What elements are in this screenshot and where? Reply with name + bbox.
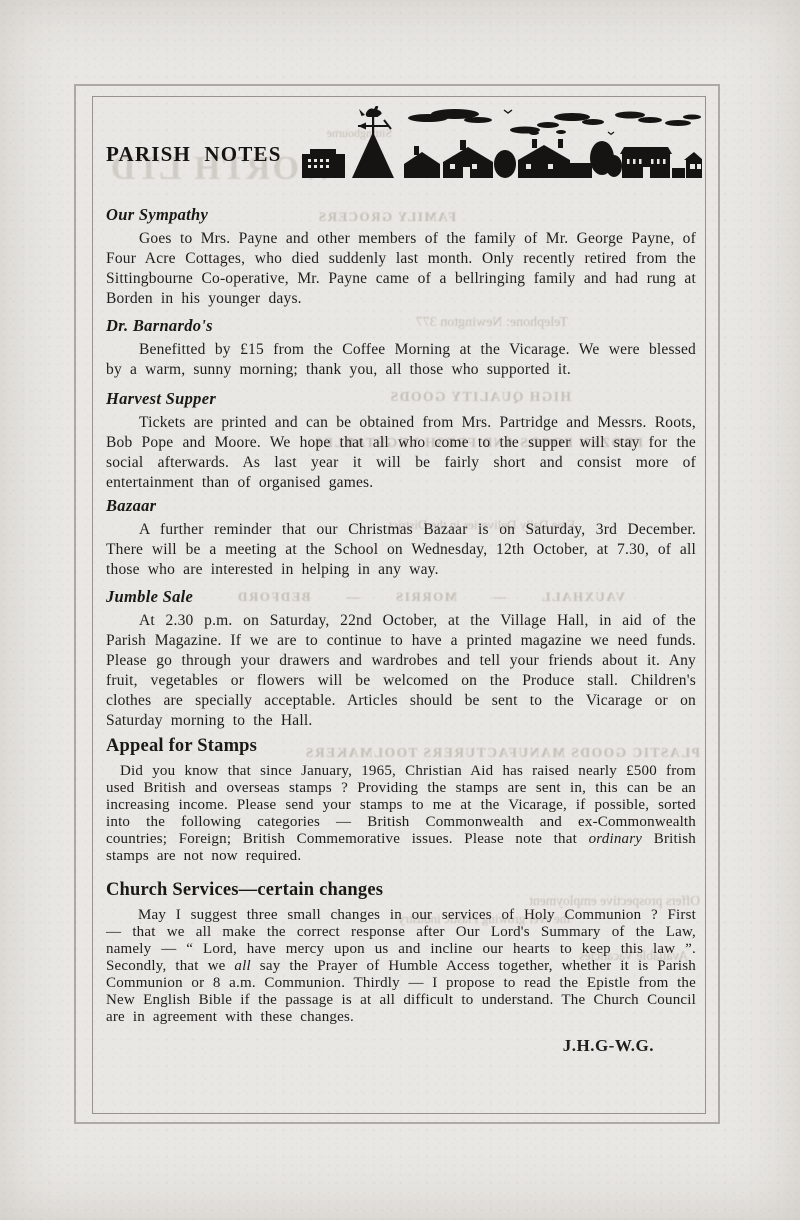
section-body: A further reminder that our Christmas Ba…	[106, 520, 696, 580]
section-heading: Jumble Sale	[106, 588, 696, 606]
section-jumble-sale: Jumble Sale At 2.30 p.m. on Saturday, 22…	[106, 588, 696, 731]
section-body: May I suggest three small changes in our…	[106, 907, 696, 1026]
section-body: Benefitted by £15 from the Coffee Mornin…	[106, 340, 696, 380]
body-text-italic: all	[234, 958, 250, 974]
village-skyline-illustration	[300, 106, 702, 190]
section-church-services: Church Services—certain changes May I su…	[106, 879, 696, 1026]
body-text-italic: ordinary	[589, 831, 643, 847]
section-body: Tickets are printed and can be obtained …	[106, 413, 696, 493]
section-body: Goes to Mrs. Payne and other members of …	[106, 229, 696, 309]
section-appeal-for-stamps: Appeal for Stamps Did you know that sinc…	[106, 735, 696, 865]
section-harvest-supper: Harvest Supper Tickets are printed and c…	[106, 390, 696, 493]
page-content: PARISH NOTES	[106, 108, 696, 1056]
author-initials-signature: J.H.G-W.G.	[106, 1036, 654, 1056]
page-title: PARISH NOTES	[106, 142, 282, 167]
section-heading: Our Sympathy	[106, 206, 696, 224]
section-our-sympathy: Our Sympathy Goes to Mrs. Payne and othe…	[106, 206, 696, 309]
section-bazaar: Bazaar A further reminder that our Chris…	[106, 497, 696, 580]
section-heading: Dr. Barnardo's	[106, 317, 696, 335]
masthead: PARISH NOTES	[106, 108, 696, 192]
scanned-parish-magazine-page: Sittingbourne WORTH LTD FAMILY GROCERS T…	[0, 0, 800, 1220]
section-heading: Church Services—certain changes	[106, 879, 696, 901]
heading-bold-part: Church Services	[106, 880, 239, 900]
section-body: At 2.30 p.m. on Saturday, 22nd October, …	[106, 611, 696, 731]
heading-regular-part: —certain changes	[239, 880, 384, 900]
section-body: Did you know that since January, 1965, C…	[106, 763, 696, 865]
section-heading: Bazaar	[106, 497, 696, 515]
section-dr-barnardos: Dr. Barnardo's Benefitted by £15 from th…	[106, 317, 696, 380]
section-heading: Appeal for Stamps	[106, 735, 696, 757]
section-heading: Harvest Supper	[106, 390, 696, 408]
